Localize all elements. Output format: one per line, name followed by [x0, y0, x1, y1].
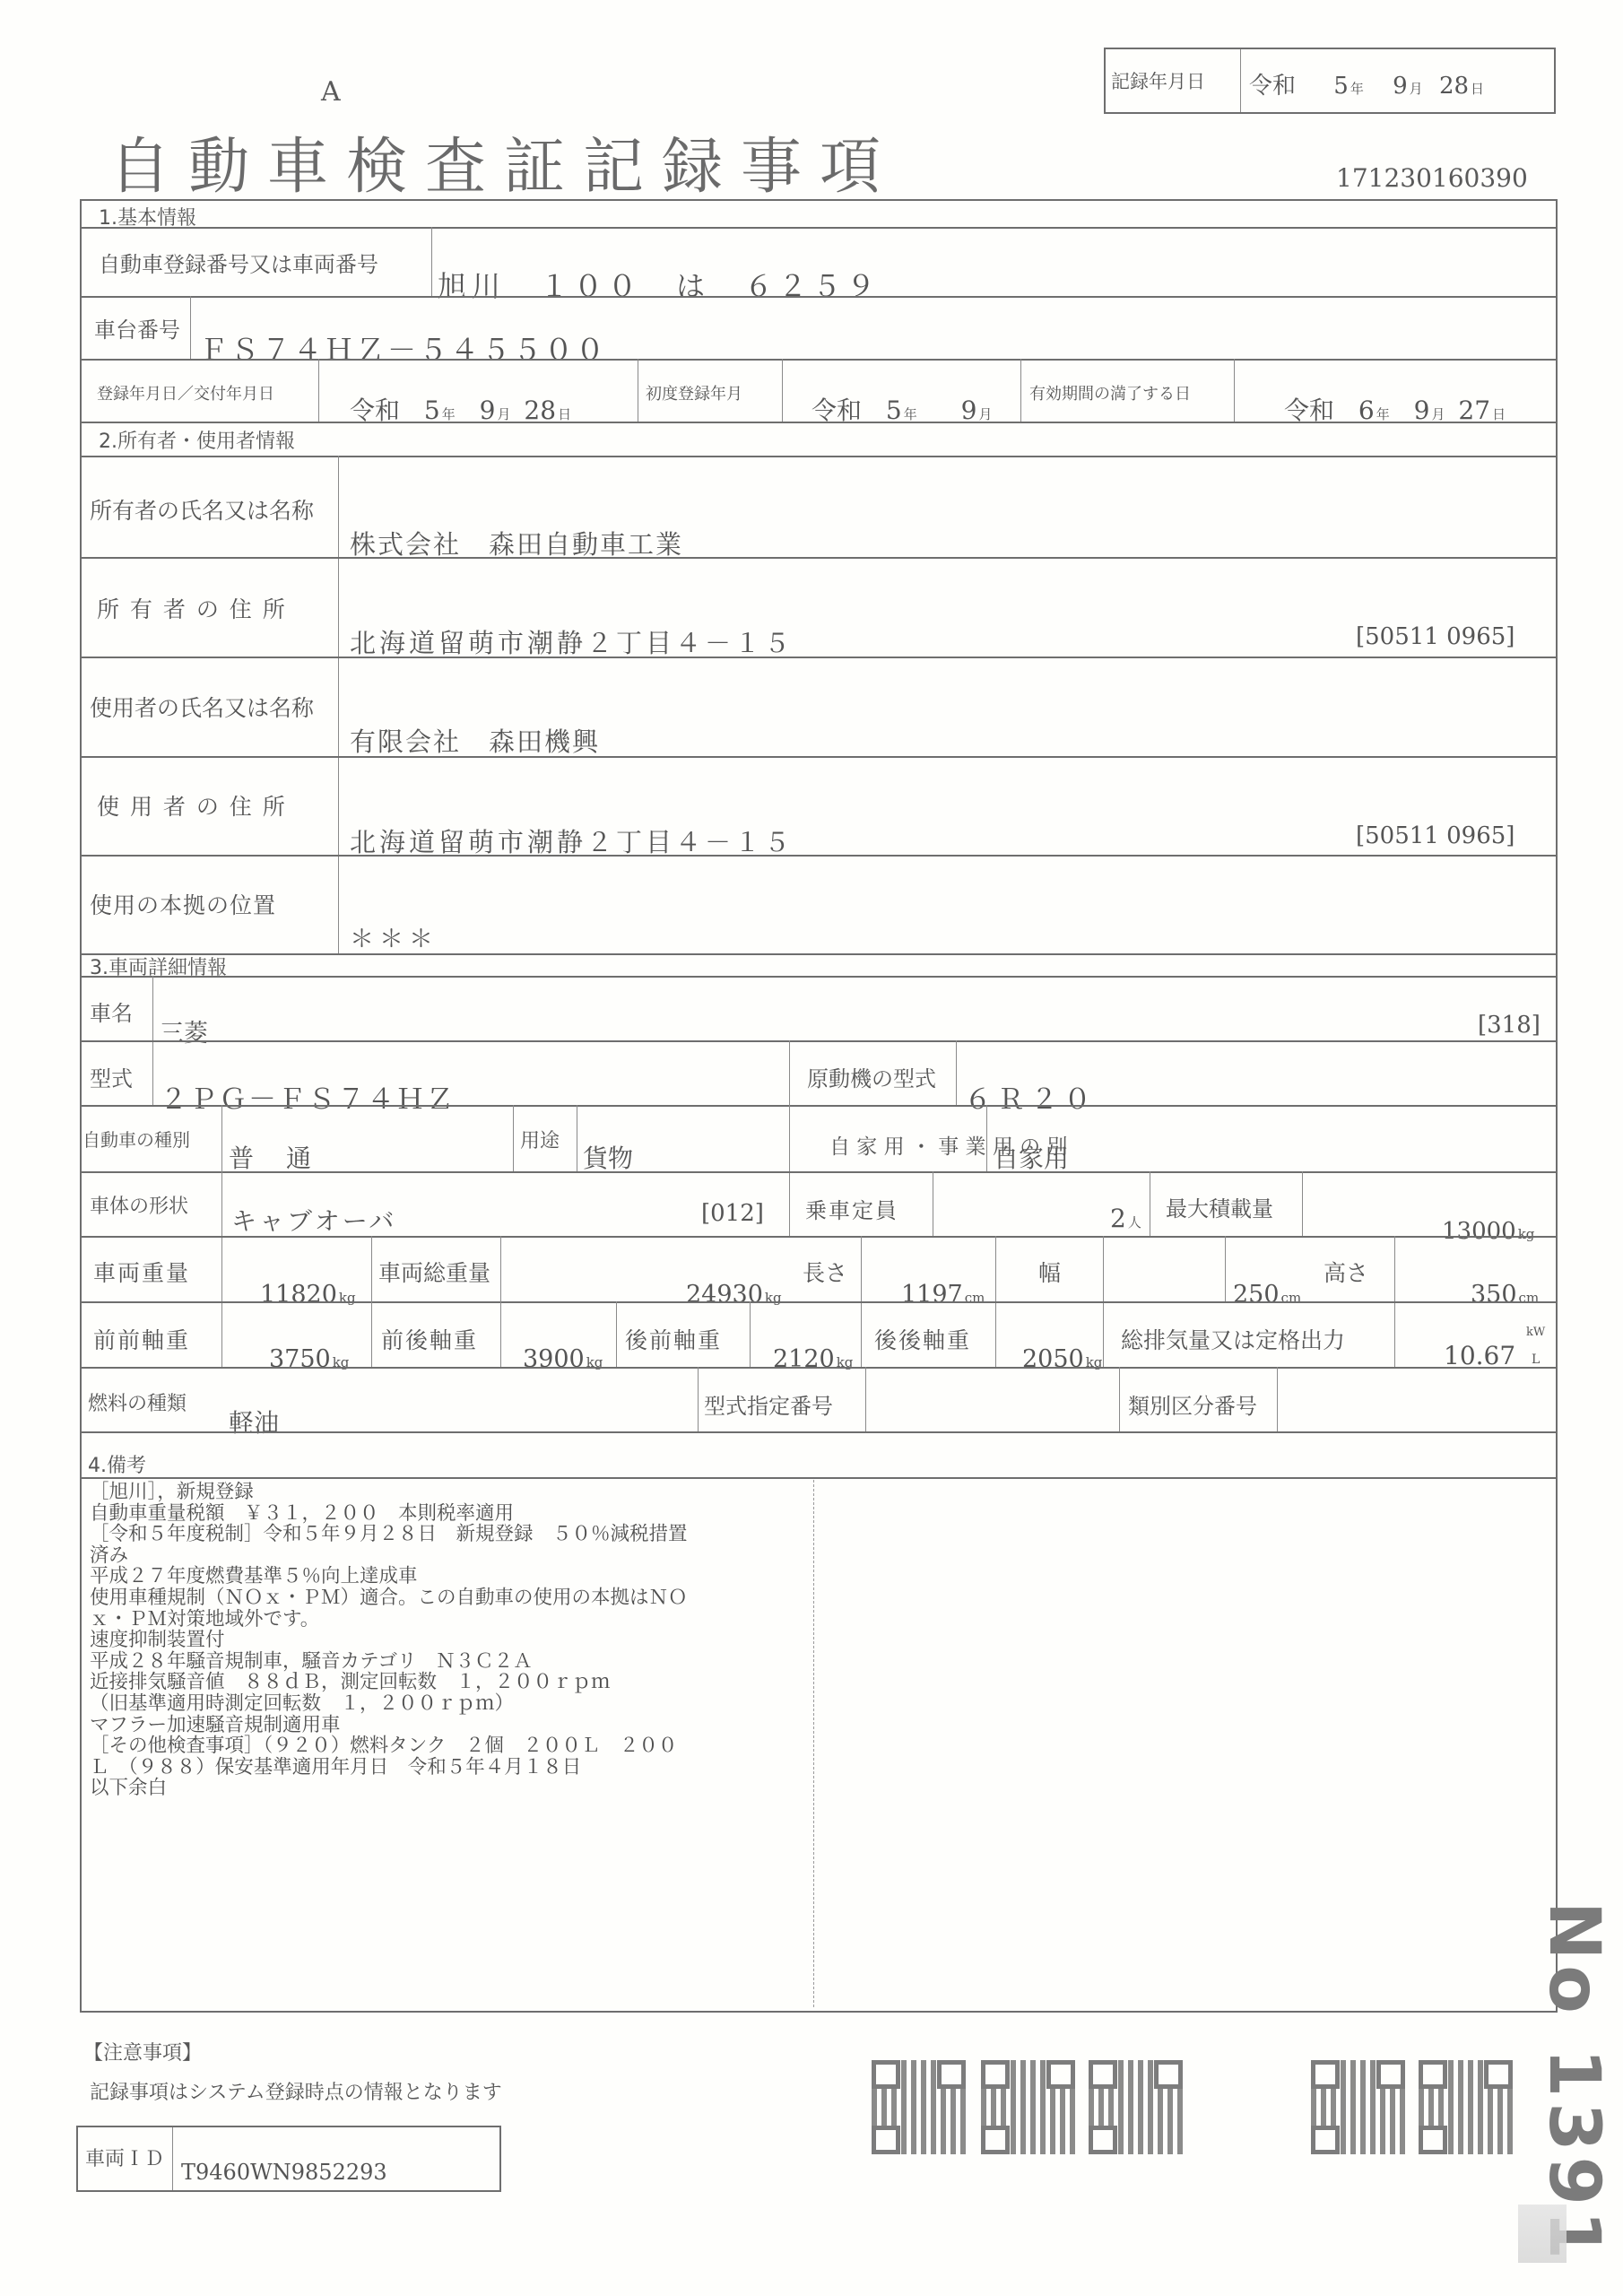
- remarks-line: ｘ・ＰＭ対策地域外です。: [90, 1609, 825, 1631]
- width-value: 250cm: [1233, 1281, 1301, 1309]
- displacement-unit-kw: kW: [1526, 1326, 1545, 1339]
- max-load-value: 13000kg: [1442, 1218, 1534, 1245]
- base-location-value: ＊＊＊: [350, 919, 438, 954]
- user-name-value: 有限会社 森田機興: [350, 722, 600, 759]
- fr-axle-value: 3900kg: [523, 1345, 603, 1373]
- rf-axle-value: 2120kg: [773, 1345, 853, 1373]
- displacement-unit-l: L: [1532, 1352, 1540, 1367]
- height-label: 高さ: [1324, 1256, 1368, 1288]
- remarks-line: 使用車種規制（ＮＯｘ・ＰＭ）適合。この自動車の使用の本拠はＮＯ: [90, 1587, 825, 1609]
- length-label: 長さ: [803, 1256, 847, 1288]
- length-value: 1197cm: [901, 1281, 985, 1309]
- remarks-line: Ｌ （９８８）保安基準適用年月日 令和５年４月１８日: [90, 1757, 825, 1779]
- chassis-number-label: 車台番号: [94, 312, 180, 344]
- qr-code-1: [872, 2060, 966, 2154]
- vehicle-id-label: 車両ＩＤ: [85, 2144, 164, 2171]
- qr-code-4: [1311, 2060, 1405, 2154]
- base-location-label: 使用の本拠の位置: [90, 888, 276, 920]
- remarks-line: 平成２７年度燃費基準５％向上達成車: [90, 1566, 825, 1587]
- body-shape-value: キャブオーバ: [231, 1202, 396, 1238]
- document-title: 自動車検査証記録事項: [109, 118, 898, 205]
- ff-axle-label: 前前軸重: [93, 1323, 190, 1355]
- notes-header: 【注意事項】: [83, 2038, 202, 2066]
- qr-code-3: [1089, 2060, 1183, 2154]
- car-name-code: [318]: [1478, 1012, 1541, 1039]
- gross-weight-label: 車両総重量: [378, 1256, 490, 1288]
- remarks-line: ［旭川］，新規登録: [90, 1482, 825, 1503]
- remarks-line: 自動車重量税額 ￥３１，２００ 本則税率適用: [90, 1503, 825, 1525]
- capacity-label: 乗車定員: [805, 1193, 898, 1224]
- expiry-date-label: 有効期間の満了する日: [1029, 381, 1191, 404]
- displacement-label: 総排気量又は定格出力: [1121, 1323, 1345, 1355]
- fuel-label: 燃料の種類: [88, 1388, 187, 1416]
- fuel-value: 軽油: [229, 1404, 279, 1439]
- owner-name-label: 所有者の氏名又は名称: [90, 493, 314, 526]
- gross-weight-value: 24930kg: [686, 1281, 782, 1309]
- remarks-line: マフラー加速騒音規制適用車: [90, 1715, 825, 1736]
- engine-model-label: 原動機の型式: [807, 1061, 936, 1092]
- model-label: 型式: [90, 1061, 133, 1092]
- registration-number-value: 旭川 １００ は ６２５９: [438, 264, 881, 305]
- chassis-number-value: ＦＳ７４ＨＺ－５４５５００: [199, 327, 607, 369]
- owner-address-value: 北海道留萌市潮静２丁目４－１５: [350, 623, 794, 660]
- remarks-line: 以下余白: [90, 1778, 825, 1799]
- car-name-value: 三菱: [160, 1013, 208, 1048]
- serial-number: 171230160390: [1336, 163, 1528, 193]
- type-designation-label: 型式指定番号: [704, 1388, 833, 1420]
- rr-axle-value: 2050kg: [1022, 1345, 1102, 1373]
- purpose-label: 用途: [520, 1126, 560, 1153]
- vehicle-weight-value: 11820kg: [260, 1281, 356, 1309]
- vehicle-weight-label: 車両重量: [93, 1256, 190, 1288]
- section-4-header: 4.備考: [88, 1450, 146, 1478]
- form-code: A: [321, 76, 341, 108]
- remarks-line: 速度抑制装置付: [90, 1630, 825, 1651]
- ff-axle-value: 3750kg: [269, 1345, 349, 1373]
- body-shape-code: [012]: [701, 1200, 764, 1227]
- notes-text: 記録事項はシステム登録時点の情報となります: [90, 2077, 502, 2105]
- record-date-label: 記録年月日: [1111, 67, 1205, 94]
- width-label: 幅: [1038, 1256, 1061, 1288]
- capacity-value: 2人: [1110, 1204, 1141, 1233]
- remarks-line: ［その他検査事項］（９２０）燃料タンク ２個 ２００Ｌ ２００: [90, 1735, 825, 1757]
- model-value: ２ＰＧ－ＦＳ７４ＨＺ: [160, 1076, 456, 1118]
- user-address-value: 北海道留萌市潮静２丁目４－１５: [350, 822, 794, 859]
- remarks-text: ［旭川］，新規登録自動車重量税額 ￥３１，２００ 本則税率適用［令和５年度税制］…: [90, 1482, 825, 1799]
- user-address-code: [50511 0965]: [1356, 822, 1515, 849]
- user-name-label: 使用者の氏名又は名称: [90, 691, 314, 723]
- owner-address-code: [50511 0965]: [1356, 623, 1515, 650]
- owner-address-label: 所 有 者 の 住 所: [97, 592, 287, 624]
- qr-code-2: [981, 2060, 1075, 2154]
- body-shape-label: 車体の形状: [90, 1191, 188, 1219]
- vehicle-id-value: T9460WN9852293: [181, 2160, 387, 2185]
- record-date-value: 令和 5年 9月 28日: [1249, 67, 1484, 100]
- registration-number-label: 自動車登録番号又は車両番号: [99, 247, 378, 278]
- tape-mark: [1518, 2205, 1567, 2263]
- vehicle-id-box: 車両ＩＤ T9460WN9852293: [76, 2126, 501, 2192]
- car-name-label: 車名: [90, 996, 133, 1027]
- rr-axle-label: 後後軸重: [874, 1323, 971, 1355]
- fr-axle-label: 前後軸重: [381, 1323, 478, 1355]
- registration-date-label: 登録年月日／交付年月日: [97, 381, 274, 404]
- rf-axle-label: 後前軸重: [625, 1323, 722, 1355]
- remarks-line: 済み: [90, 1545, 825, 1567]
- remarks-line: ［令和５年度税制］令和５年９月２８日 新規登録 ５０％減税措置: [90, 1524, 825, 1545]
- vehicle-type-label: 自動車の種別: [82, 1126, 190, 1152]
- remarks-line: （旧基準適用時測定回転数 １，２００ｒｐｍ）: [90, 1693, 825, 1715]
- section-2-header: 2.所有者・使用者情報: [99, 426, 295, 454]
- remarks-line: 近接排気騒音値 ８８ｄＢ，測定回転数 １，２００ｒｐｍ: [90, 1672, 825, 1693]
- max-load-label: 最大積載量: [1166, 1191, 1273, 1222]
- first-registration-label: 初度登録年月: [646, 381, 742, 404]
- owner-name-value: 株式会社 森田自動車工業: [350, 525, 683, 561]
- vehicle-type-value: 普 通: [229, 1139, 315, 1175]
- user-address-label: 使 用 者 の 住 所: [97, 789, 287, 822]
- engine-model-value: ６Ｒ２０: [964, 1076, 1097, 1118]
- private-business-value: 自家用: [994, 1139, 1069, 1175]
- category-number-label: 類別区分番号: [1128, 1388, 1257, 1420]
- qr-code-5: [1419, 2060, 1513, 2154]
- purpose-value: 貨物: [583, 1139, 633, 1175]
- height-value: 350cm: [1471, 1281, 1539, 1309]
- record-date-box: 記録年月日 令和 5年 9月 28日: [1104, 48, 1556, 114]
- remarks-line: 平成２８年騒音規制車，騒音カテゴリ Ｎ３Ｃ２Ａ: [90, 1651, 825, 1673]
